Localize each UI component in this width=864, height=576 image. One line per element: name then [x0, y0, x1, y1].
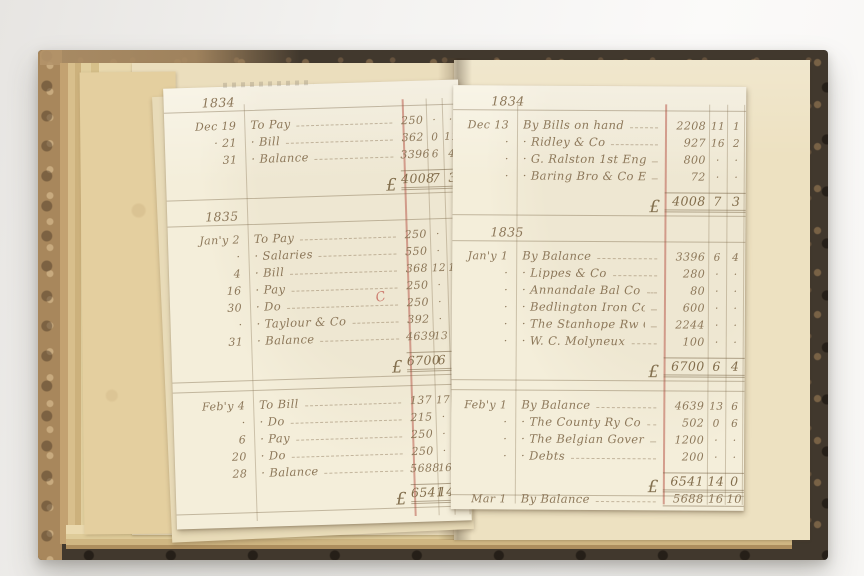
- total-row: £400873: [166, 164, 462, 197]
- entry-description-text: · Bill: [255, 265, 285, 280]
- ledger-row: Feb'y 1By Balance4639136: [451, 394, 744, 413]
- amount-shillings: ·: [431, 279, 447, 291]
- entry-description: · Balance: [255, 461, 410, 480]
- ledger-book: C 1834Dec 19To Pay250··· 21· Bill3620113…: [38, 50, 828, 560]
- ledger-section-box: Dec 19To Pay250··· 21· Bill36201131· Bal…: [164, 103, 462, 201]
- ledger-row: ·· Bedlington Iron Co600··: [452, 296, 745, 315]
- total-shillings: 7: [709, 193, 727, 213]
- amount-pounds: 392: [405, 312, 432, 326]
- entry-description-text: · The County Ry Co: [521, 415, 641, 430]
- dotted-leader: [652, 161, 658, 162]
- ledger-section: 1834Dec 19To Pay250··· 21· Bill36201131·…: [163, 87, 461, 201]
- ledger-row: ·· Debts200··: [451, 445, 744, 464]
- entry-description: · The Belgian Governm't: [515, 431, 663, 446]
- entry-description-text: To Pay: [250, 117, 291, 132]
- amount-pence: 2: [727, 138, 746, 150]
- amount-pence: ·: [726, 269, 745, 281]
- amount-pence: ·: [726, 286, 745, 298]
- dotted-leader: [652, 178, 658, 179]
- dotted-leader: [352, 321, 398, 323]
- ledger-row: ·· The Belgian Governm't1200··: [451, 428, 744, 447]
- amount-pence: 6: [725, 401, 744, 413]
- entry-description: By Bills on hand: [517, 117, 665, 132]
- amount-pounds: 200: [663, 450, 707, 463]
- amount-shillings: ·: [708, 337, 726, 349]
- total-spacer: [172, 377, 252, 380]
- total-label-area: £: [252, 358, 407, 377]
- ledger-row: Jan'y 1By Balance339664: [452, 245, 745, 264]
- amount-pence: ·: [727, 155, 746, 167]
- year-label: 1834: [491, 93, 746, 110]
- entry-description: · Bedlington Iron Co: [516, 299, 664, 314]
- entry-description-text: · G. Ralston 1st Eng: [523, 152, 646, 167]
- amount-pounds: 2208: [665, 119, 709, 132]
- entry-date: Jan'y 2: [168, 233, 248, 249]
- dotted-leader: [291, 419, 402, 423]
- ledger-row: ·· Baring Bro & Co England72··: [453, 165, 746, 184]
- pound-sign: £: [649, 200, 660, 212]
- amount-pence: ·: [725, 435, 744, 447]
- amount-pence: ·: [727, 172, 746, 184]
- entry-description: · The Stanhope Rw Co: [516, 316, 664, 331]
- entry-description-text: · Do: [256, 299, 281, 314]
- amount-pounds: 280: [664, 267, 708, 280]
- entry-date: ·: [453, 135, 517, 148]
- ledger-section-box: Jan'y 1By Balance339664·· Lippes & Co280…: [451, 240, 745, 382]
- entry-date: ·: [451, 415, 515, 428]
- entry-description-text: · Debts: [521, 449, 565, 463]
- amount-pence: 1: [727, 121, 746, 133]
- amount-pence: ·: [726, 337, 745, 349]
- entry-description-text: · The Stanhope Rw Co: [522, 317, 645, 332]
- total-label-area: £: [246, 176, 401, 195]
- entry-description-text: By Balance: [521, 398, 590, 412]
- entry-description-text: · Lippes & Co: [522, 266, 607, 281]
- entry-description-text: · Balance: [261, 464, 319, 480]
- amount-shillings: ·: [426, 114, 442, 126]
- entry-description-text: · Bill: [251, 134, 281, 149]
- amount-pounds: 72: [665, 170, 709, 183]
- entry-description-text: To Pay: [254, 231, 295, 246]
- amount-shillings: ·: [709, 172, 727, 184]
- entry-description: By Balance: [515, 397, 663, 412]
- entry-description-text: To Bill: [259, 397, 299, 412]
- entry-description-text: · Bedlington Iron Co: [522, 300, 645, 315]
- ledger-row: ·· G. Ralston 1st Eng800··: [453, 148, 746, 167]
- entry-date: Mar 1: [451, 492, 515, 505]
- amount-pounds: 3396: [664, 250, 708, 263]
- amount-pounds: 250: [405, 295, 432, 309]
- dotted-leader: [596, 407, 656, 408]
- dotted-leader: [630, 127, 658, 128]
- entry-description: · Lippes & Co: [516, 265, 664, 280]
- entry-description: · Baring Bro & Co England: [517, 168, 665, 183]
- amount-shillings: ·: [435, 411, 451, 423]
- entry-date: ·: [170, 318, 250, 334]
- amount-pounds: 250: [403, 227, 430, 241]
- total-spacer: [167, 195, 247, 198]
- entry-description: · Debts: [515, 448, 663, 463]
- entry-date: Dec 13: [453, 118, 517, 131]
- amount-shillings: ·: [708, 303, 726, 315]
- amount-pounds: 1200: [663, 433, 707, 446]
- dotted-leader: [571, 458, 656, 460]
- entry-description-text: · Annandale Bal Co: [522, 283, 641, 298]
- entry-description-text: By Balance: [521, 492, 590, 506]
- entry-date: ·: [168, 250, 248, 266]
- entry-date: 6: [174, 433, 254, 449]
- total-pence: 3: [727, 193, 746, 213]
- entry-description-text: · Ridley & Co: [523, 135, 606, 150]
- dotted-leader: [297, 123, 393, 127]
- entry-date: ·: [452, 317, 516, 330]
- amount-pounds: 250: [404, 278, 431, 292]
- dotted-leader: [291, 287, 397, 291]
- total-row: £6541140: [176, 478, 472, 511]
- entry-description-text: · The Belgian Governm't: [521, 432, 644, 447]
- amount-shillings: 12: [431, 262, 447, 274]
- amount-pounds: 502: [663, 416, 707, 429]
- amount-pounds: 5688: [410, 461, 437, 475]
- dotted-leader: [321, 338, 400, 341]
- ledger-section-box: Feb'y 1By Balance4639136·· The County Ry…: [451, 389, 745, 497]
- dotted-leader: [651, 309, 657, 310]
- total-pounds: 4008: [665, 192, 709, 212]
- amount-shillings: ·: [708, 269, 726, 281]
- total-shillings: 6: [434, 351, 451, 371]
- year-label: 1835: [490, 224, 745, 241]
- entry-date: ·: [451, 449, 515, 462]
- entry-date: 31: [171, 335, 251, 351]
- entry-description: · The County Ry Co: [515, 414, 663, 429]
- amount-shillings: ·: [707, 452, 725, 464]
- dotted-leader: [611, 144, 658, 145]
- amount-pounds: 137: [408, 393, 435, 407]
- ledger-section: 1835Jan'y 1By Balance339664·· Lippes & C…: [451, 224, 745, 382]
- ledger-row: ·· Annandale Bal Co80··: [452, 279, 745, 298]
- ledger-section-box: Feb'y 4To Bill137172·· Do215··6· Pay250·…: [173, 383, 472, 515]
- entry-date: ·: [452, 334, 516, 347]
- total-pounds: 6700: [407, 351, 435, 372]
- total-spacer: [176, 509, 256, 512]
- left-ledger-sheet-debit: C 1834Dec 19To Pay250··· 21· Bill3620113…: [163, 79, 472, 529]
- ledger-row: ·· The Stanhope Rw Co2244··: [452, 313, 745, 332]
- ledger-section-box: Jan'y 2To Pay250···· Salaries550··4· Bil…: [167, 217, 467, 383]
- amount-pounds: 80: [664, 284, 708, 297]
- amount-shillings: ·: [430, 228, 446, 240]
- amount-shillings: ·: [708, 320, 726, 332]
- amount-shillings: ·: [436, 428, 452, 440]
- amount-pounds: 250: [409, 444, 436, 458]
- amount-shillings: 0: [427, 131, 443, 143]
- pound-sign: £: [392, 360, 404, 374]
- entry-description: · W. C. Molyneux: [516, 333, 664, 348]
- right-ledger-sheet-credit: 1834Dec 13By Bills on hand2208111·· Ridl…: [451, 85, 747, 511]
- dotted-leader: [596, 501, 656, 502]
- amount-pence: ·: [726, 303, 745, 315]
- total-pence: 4: [726, 358, 745, 378]
- amount-pounds: 250: [399, 113, 426, 127]
- ledger-section: 1834Dec 13By Bills on hand2208111·· Ridl…: [453, 93, 747, 217]
- amount-pence: 4: [726, 252, 745, 264]
- total-row: £670064: [172, 346, 468, 379]
- ledger-section: Feb'y 4To Bill137172·· Do215··6· Pay250·…: [173, 383, 472, 515]
- pound-sign: £: [648, 365, 659, 377]
- dotted-leader: [651, 326, 657, 327]
- ledger-section: 1835Jan'y 2To Pay250···· Salaries550··4·…: [167, 201, 467, 383]
- amount-shillings: ·: [709, 155, 727, 167]
- entry-date: ·: [451, 432, 515, 445]
- dotted-leader: [647, 292, 657, 293]
- amount-shillings: ·: [708, 286, 726, 298]
- dotted-leader: [290, 270, 397, 274]
- amount-shillings: ·: [432, 313, 448, 325]
- total-pounds: 4008: [401, 169, 429, 190]
- amount-pounds: 215: [408, 410, 435, 424]
- amount-shillings: 13: [707, 401, 725, 413]
- dotted-leader: [647, 424, 656, 425]
- amount-pounds: 4639: [406, 329, 433, 343]
- amount-pounds: 362: [400, 130, 427, 144]
- total-label-area: £: [256, 490, 411, 509]
- amount-pence: 10: [725, 492, 744, 507]
- entry-description: By Balance: [515, 491, 663, 506]
- amount-shillings: 17: [435, 394, 451, 406]
- entry-description-text: · Do: [261, 448, 286, 463]
- total-shillings: 6: [708, 358, 726, 378]
- march-balance-row: Mar 1By Balance56881610: [451, 486, 744, 507]
- entry-description-text: · Pay: [260, 431, 290, 446]
- amount-pounds: 4639: [663, 399, 707, 412]
- entry-description-text: · Pay: [255, 282, 285, 297]
- ledger-row: ·· Lippes & Co280··: [452, 262, 745, 281]
- ledger-section-box: Dec 13By Bills on hand2208111·· Ridley &…: [453, 109, 747, 217]
- amount-pence: ·: [725, 452, 744, 464]
- entry-description-text: · Do: [259, 414, 284, 429]
- entry-date: Feb'y 1: [451, 398, 515, 411]
- amount-pence: 6: [725, 418, 744, 430]
- entry-date: Feb'y 4: [173, 399, 253, 415]
- ledger-row: ·· The County Ry Co50206: [451, 411, 744, 430]
- entry-description: · Balance: [245, 147, 400, 166]
- entry-date: Dec 19: [164, 119, 244, 135]
- amount-shillings: 11: [709, 121, 727, 133]
- pound-sign: £: [396, 492, 408, 506]
- entry-date: ·: [453, 169, 517, 182]
- entry-date: ·: [453, 152, 517, 165]
- entry-description-text: · Baring Bro & Co England: [523, 169, 646, 184]
- total-pounds: 6541: [411, 483, 439, 504]
- entry-description-text: · Taylour & Co: [256, 314, 346, 331]
- entry-date: ·: [174, 416, 254, 432]
- dotted-leader: [319, 253, 397, 256]
- amount-pounds: 250: [409, 427, 436, 441]
- amount-pounds: 600: [664, 301, 708, 314]
- total-shillings: 7: [428, 169, 445, 189]
- amount-pounds: 100: [664, 335, 708, 348]
- entry-date: 28: [175, 467, 255, 483]
- amount-shillings: ·: [432, 296, 448, 308]
- total-label-area: £: [516, 362, 664, 377]
- dotted-leader: [325, 470, 404, 473]
- total-row: £400873: [453, 187, 746, 213]
- entry-date: · 21: [165, 136, 245, 152]
- entry-description: · Annandale Bal Co: [516, 282, 664, 297]
- amount-pounds: 927: [665, 136, 709, 149]
- entry-description-text: · Balance: [251, 150, 309, 166]
- amount-shillings: ·: [430, 245, 446, 257]
- amount-shillings: 16: [709, 138, 727, 150]
- entry-description: · Balance: [251, 329, 406, 348]
- dotted-leader: [613, 275, 657, 276]
- dotted-leader: [292, 453, 403, 457]
- entry-date: Jan'y 1: [452, 249, 516, 262]
- dotted-leader: [305, 402, 401, 406]
- amount-pounds: 3396: [400, 147, 427, 161]
- amount-shillings: 16: [707, 492, 725, 507]
- ledger-row: ·· Ridley & Co927162: [453, 131, 746, 150]
- amount-shillings: 6: [708, 252, 726, 264]
- entry-date: ·: [452, 300, 516, 313]
- total-row: £670064: [452, 352, 745, 378]
- entry-date: 31: [165, 153, 245, 169]
- amount-pounds: 800: [665, 153, 709, 166]
- amount-shillings: ·: [707, 435, 725, 447]
- ledger-row: ·· W. C. Molyneux100··: [452, 330, 745, 349]
- amount-shillings: 13: [433, 330, 449, 342]
- total-pounds: 6700: [664, 357, 708, 377]
- marbled-cover-left-edge: [38, 50, 62, 560]
- dotted-leader: [315, 157, 394, 160]
- amount-pounds: 550: [403, 244, 430, 258]
- entry-date: 4: [169, 267, 249, 283]
- dotted-leader: [296, 436, 402, 440]
- entry-description: By Balance: [516, 248, 664, 263]
- entry-description: · Ridley & Co: [517, 134, 665, 149]
- dotted-leader: [287, 304, 398, 308]
- entry-description-text: By Bills on hand: [523, 118, 624, 133]
- ledger-section: Feb'y 1By Balance4639136·· The County Ry…: [451, 389, 745, 497]
- entry-date: ·: [452, 266, 516, 279]
- entry-date: 30: [170, 301, 250, 317]
- dotted-leader: [597, 258, 657, 259]
- entry-date: 20: [175, 450, 255, 466]
- dotted-leader: [631, 343, 656, 344]
- amount-pounds: 5688: [663, 491, 707, 506]
- amount-pounds: 2244: [664, 318, 708, 331]
- entry-description-text: · W. C. Molyneux: [522, 334, 626, 349]
- amount-shillings: 6: [427, 148, 443, 160]
- amount-shillings: 0: [707, 418, 725, 430]
- ledger-row: Dec 13By Bills on hand2208111: [453, 114, 746, 133]
- entry-date: 16: [169, 284, 249, 300]
- amount-pence: ·: [726, 320, 745, 332]
- dotted-leader: [300, 237, 396, 241]
- entry-description-text: By Balance: [522, 249, 591, 263]
- entry-date: ·: [452, 283, 516, 296]
- pound-sign: £: [386, 178, 398, 192]
- dotted-leader: [286, 140, 393, 144]
- entry-description-text: · Balance: [257, 332, 315, 348]
- dotted-leader: [650, 441, 656, 442]
- total-label-area: £: [517, 197, 665, 212]
- amount-pounds: 368: [404, 261, 431, 275]
- entry-description-text: · Salaries: [254, 247, 313, 263]
- entry-description: · G. Ralston 1st Eng: [517, 151, 665, 166]
